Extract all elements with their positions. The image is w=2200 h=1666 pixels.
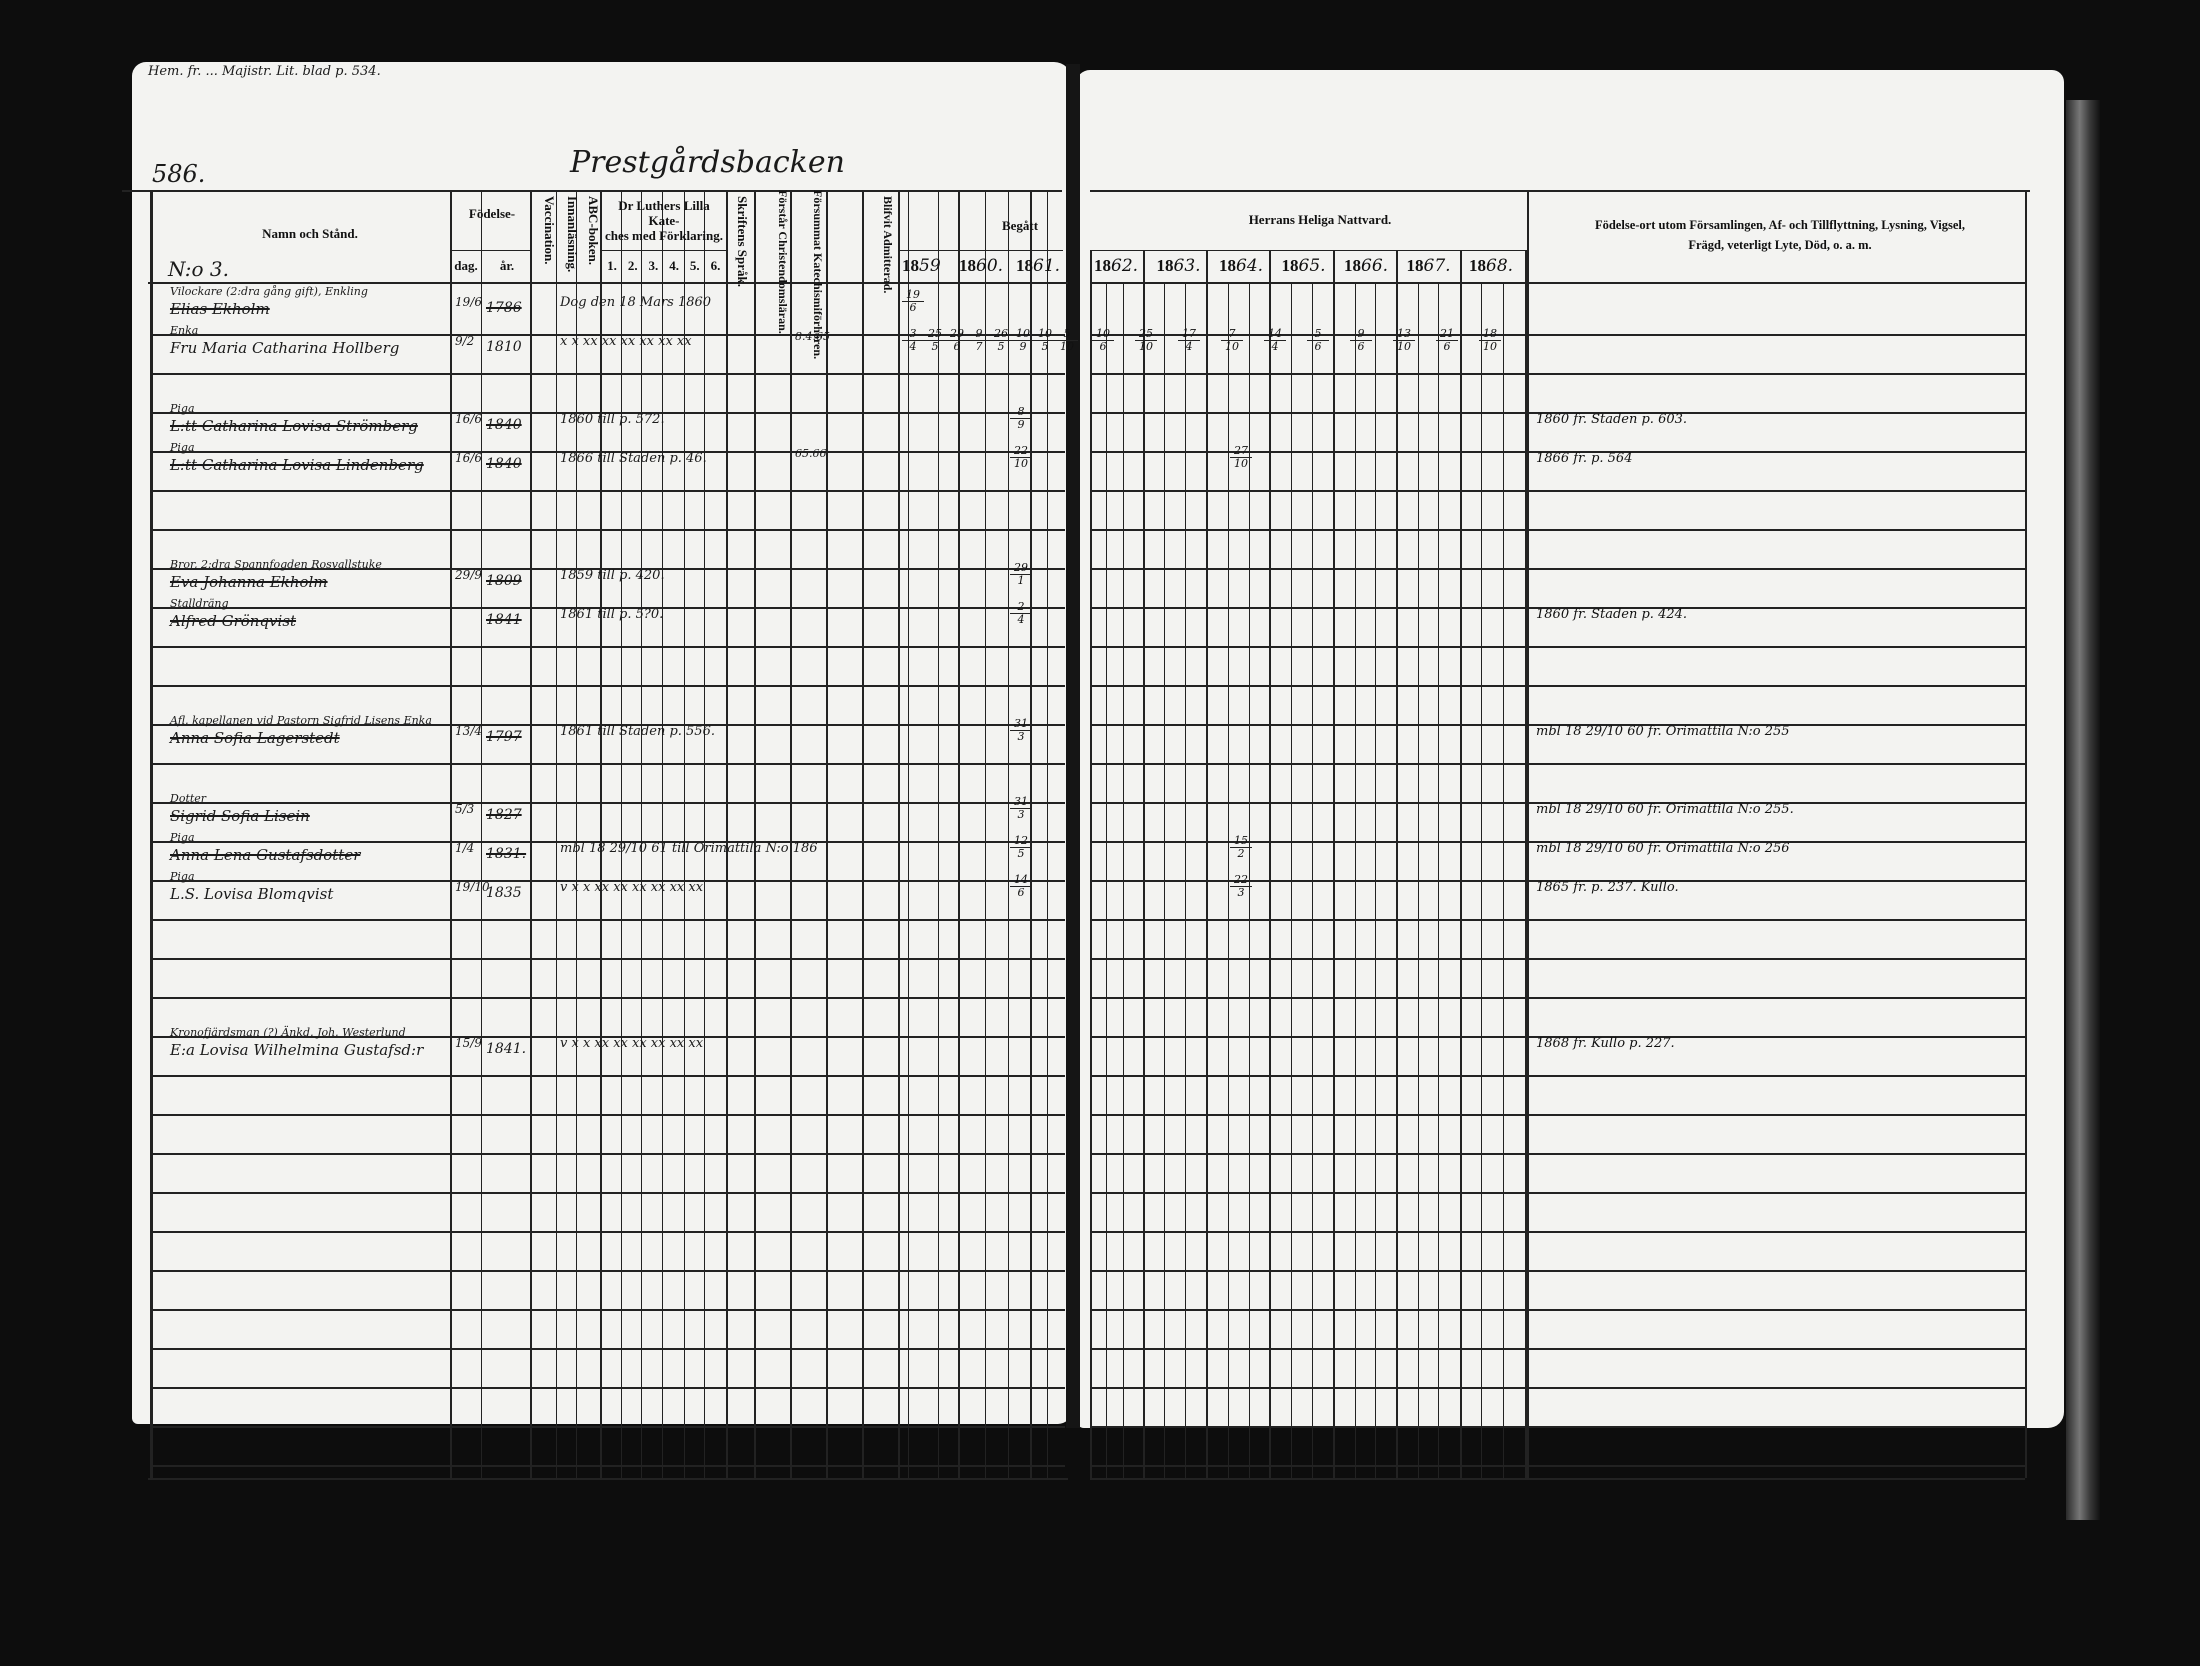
header-catechism-line1: Dr Luthers Lilla Kate- bbox=[618, 198, 710, 228]
page-number: 586. bbox=[152, 160, 205, 188]
row-rule bbox=[150, 1426, 1065, 1428]
entry-name: Anna Lena Gustafsdotter bbox=[170, 846, 360, 864]
row-rule bbox=[150, 529, 1065, 531]
row-rule bbox=[1090, 1309, 2025, 1311]
right-column-line bbox=[1333, 250, 1335, 1478]
entry-name: Fru Maria Catharina Hollberg bbox=[170, 339, 399, 357]
entry-label: N:o 3. bbox=[168, 257, 229, 281]
right-column-line bbox=[1396, 250, 1398, 1478]
remarks-left-line bbox=[1527, 190, 1529, 1478]
catechism-part-2: 2. bbox=[623, 258, 643, 273]
row-rule bbox=[1090, 1348, 2025, 1350]
row-rule bbox=[150, 1231, 1065, 1233]
row-rule bbox=[150, 1348, 1065, 1350]
entry-name: Elias Ekholm bbox=[170, 300, 270, 318]
entry-birth-day: 29/9 bbox=[455, 568, 482, 582]
entry-remark: mbl 18 29/10 60 fr. Orimattila N:o 255 bbox=[1536, 724, 1790, 739]
row-rule bbox=[1090, 373, 2025, 375]
left-column-line bbox=[862, 192, 864, 1480]
entry-birth-day: 16/6 bbox=[455, 412, 482, 426]
entry-name: Alfred Grönqvist bbox=[170, 612, 296, 630]
entry-birth-day: 13/4 bbox=[455, 724, 482, 738]
left-column-line bbox=[641, 192, 642, 1480]
communion-date: 510 bbox=[1056, 328, 1078, 353]
entry-birth-year: 1835 bbox=[486, 885, 522, 901]
row-rule bbox=[1090, 646, 2025, 648]
right-column-line bbox=[1143, 250, 1145, 1478]
row-rule bbox=[150, 997, 1065, 999]
entry-reading-note: v x x xx xx xx xx xx xx bbox=[560, 1036, 703, 1051]
communion-date: 146 bbox=[1010, 874, 1032, 899]
row-rule bbox=[150, 1270, 1065, 1272]
entry-reading-note: v x x xx xx xx xx xx xx bbox=[560, 880, 703, 895]
communion-date: 196 bbox=[902, 289, 924, 314]
communion-date: 144 bbox=[1264, 328, 1286, 353]
header-remarks-line1: Födelse-ort utom Församlingen, Af- och T… bbox=[1595, 218, 1965, 232]
row-rule bbox=[150, 490, 1065, 492]
row-rule bbox=[150, 1075, 1065, 1077]
entry-birth-year: 1810 bbox=[486, 339, 522, 355]
place-heading: Prestgårdsbacken bbox=[570, 145, 845, 180]
communion-date: 313 bbox=[1010, 718, 1032, 743]
communion-date: 710 bbox=[1221, 328, 1243, 353]
entry-title: Piga bbox=[170, 441, 195, 454]
row-rule bbox=[150, 919, 1065, 921]
left-column-line bbox=[958, 190, 960, 1478]
entry-birth-day: 19/6 bbox=[455, 295, 482, 309]
left-bottom-rule bbox=[148, 1478, 1068, 1480]
right-top-rule bbox=[1090, 190, 2030, 192]
entry-name: L.S. Lovisa Blomqvist bbox=[170, 885, 333, 903]
row-rule bbox=[1090, 763, 2025, 765]
header-vaccination: Vaccination. bbox=[542, 196, 556, 265]
communion-date: 105 bbox=[1034, 328, 1056, 353]
header-birth: Födelse- bbox=[452, 206, 532, 221]
entry-reading-note: Dog den 18 Mars 1860 bbox=[560, 295, 711, 310]
communion-date: 255 bbox=[924, 328, 946, 353]
entry-remark: mbl 18 29/10 60 fr. Orimattila N:o 256 bbox=[1536, 841, 1790, 856]
left-column-line bbox=[450, 192, 452, 1480]
communion-date: 174 bbox=[1178, 328, 1200, 353]
year-header: 1866. bbox=[1344, 256, 1388, 276]
left-header-rule bbox=[148, 282, 1068, 284]
row-rule bbox=[1090, 529, 2025, 531]
left-top-rule bbox=[122, 190, 1062, 192]
row-rule bbox=[150, 1153, 1065, 1155]
entry-remark: 1860 fr. Staden p. 424. bbox=[1536, 607, 1687, 622]
left-column-line bbox=[481, 192, 482, 1480]
right-bottom-rule bbox=[1090, 1478, 2025, 1480]
row-rule bbox=[150, 1465, 1065, 1467]
entry-birth-day: 5/3 bbox=[455, 802, 474, 816]
entry-birth-year: 1786 bbox=[486, 300, 522, 316]
communion-date: 24 bbox=[1010, 601, 1032, 626]
right-column-line bbox=[1206, 250, 1208, 1478]
row-rule bbox=[1090, 1114, 2025, 1116]
top-note: Hem. fr. ... Majistr. Lit. blad p. 534. bbox=[148, 64, 381, 79]
catechism-part-6: 6. bbox=[706, 258, 726, 273]
left-column-line bbox=[898, 190, 900, 1478]
row-rule bbox=[150, 1387, 1065, 1389]
header-abc: ABC-boken. bbox=[586, 196, 600, 265]
communion-date: 96 bbox=[1350, 328, 1372, 353]
entry-name: Anna Sofia Lagerstedt bbox=[170, 729, 340, 747]
entry-birth-year: 1840 bbox=[486, 417, 522, 433]
entry-name: Sigrid Sofia Lisein bbox=[170, 807, 310, 825]
left-column-line bbox=[1047, 190, 1048, 1478]
header-name: Namn och Stånd. bbox=[170, 226, 450, 241]
left-column-line bbox=[150, 190, 153, 1478]
entry-title: Afl. kapellanen vid Pastorn Sigfrid Lise… bbox=[170, 714, 432, 727]
row-rule bbox=[150, 685, 1065, 687]
header-remarks: Födelse-ort utom Församlingen, Af- och T… bbox=[1530, 215, 2030, 255]
year-header: 1864. bbox=[1219, 256, 1263, 276]
header-understands: Förstår Christendomsläran. bbox=[760, 190, 790, 334]
communion-date: 265 bbox=[990, 328, 1012, 353]
entry-reading-note: mbl 18 29/10 61 till Orimattila N:o 186 bbox=[560, 841, 818, 856]
row-rule bbox=[1090, 490, 2025, 492]
entry-missed: 8.4.65 bbox=[795, 330, 830, 343]
entry-title: Kronofjärdsman (?) Änkd. Joh. Westerlund bbox=[170, 1026, 406, 1039]
left-column-line bbox=[754, 192, 756, 1480]
catechism-part-1: 1. bbox=[602, 258, 622, 273]
row-rule bbox=[1090, 1153, 2025, 1155]
row-rule bbox=[1090, 1465, 2025, 1467]
row-rule bbox=[150, 1192, 1065, 1194]
entry-title: Stalldräng bbox=[170, 597, 229, 610]
entry-reading-note: 1866 till Staden p. 46. bbox=[560, 451, 707, 466]
entry-reading-note: 1861 till Staden p. 556. bbox=[560, 724, 715, 739]
year-header: 1859 bbox=[902, 256, 941, 276]
header-remarks-line2: Frägd, veterligt Lyte, Död, o. a. m. bbox=[1688, 238, 1871, 252]
communion-date: 291 bbox=[1010, 562, 1032, 587]
communion-date: 296 bbox=[946, 328, 968, 353]
year-header: 1863. bbox=[1157, 256, 1201, 276]
entry-birth-year: 1831. bbox=[486, 846, 526, 862]
communion-date: 2210 bbox=[1010, 445, 1032, 470]
entry-title: Dotter bbox=[170, 792, 206, 805]
entry-birth-day: 16/6 bbox=[455, 451, 482, 465]
row-rule bbox=[1090, 1270, 2025, 1272]
left-column-line bbox=[684, 192, 685, 1480]
communion-date: 2710 bbox=[1230, 445, 1252, 470]
left-column-line bbox=[704, 192, 705, 1480]
communion-date: 56 bbox=[1307, 328, 1329, 353]
entry-title: Vilockare (2:dra gång gift), Enkling bbox=[170, 285, 368, 298]
row-rule bbox=[1090, 1231, 2025, 1233]
entry-reading-note: 1861 till p. 5?0. bbox=[560, 607, 663, 622]
entry-remark: mbl 18 29/10 60 fr. Orimattila N:o 255. bbox=[1536, 802, 1794, 817]
row-rule bbox=[1090, 1075, 2025, 1077]
entry-name: L:tt Catharina Lovisa Strömberg bbox=[170, 417, 418, 435]
entry-remark: 1865 fr. p. 237. Kullo. bbox=[1536, 880, 1679, 895]
entry-reading-note: 1860 till p. 572. bbox=[560, 412, 665, 427]
entry-name: E:a Lovisa Wilhelmina Gustafsd:r bbox=[170, 1041, 423, 1059]
year-header: 1867. bbox=[1407, 256, 1451, 276]
communion-date: 97 bbox=[968, 328, 990, 353]
row-rule bbox=[150, 763, 1065, 765]
communion-date: 1810 bbox=[1479, 328, 1501, 353]
book-spine bbox=[1066, 64, 1080, 1428]
left-column-line bbox=[556, 192, 557, 1480]
row-rule bbox=[150, 1309, 1065, 1311]
catechism-subrule bbox=[600, 250, 726, 251]
entry-birth-day: 1/4 bbox=[455, 841, 474, 855]
communion-date: 313 bbox=[1010, 796, 1032, 821]
communion-date: 109 bbox=[1012, 328, 1034, 353]
entry-title: Piga bbox=[170, 402, 195, 415]
catechism-part-5: 5. bbox=[685, 258, 705, 273]
entry-missed: 65.66 bbox=[795, 447, 827, 460]
header-birth-year: år. bbox=[482, 258, 532, 273]
left-column-line bbox=[1030, 190, 1032, 1478]
row-rule bbox=[1090, 1192, 2025, 1194]
left-column-line bbox=[985, 190, 986, 1478]
header-begatt: Begått bbox=[990, 218, 1050, 233]
communion-date: 152 bbox=[1230, 835, 1252, 860]
communion-date: 106 bbox=[1092, 328, 1114, 353]
entry-remark: 1860 fr. Staden p. 603. bbox=[1536, 412, 1687, 427]
entry-name: L:tt Catharina Lovisa Lindenberg bbox=[170, 456, 424, 474]
communion-date: 34 bbox=[902, 328, 924, 353]
row-rule bbox=[150, 802, 1065, 804]
entry-birth-day: 9/2 bbox=[455, 334, 474, 348]
entry-title: Piga bbox=[170, 831, 195, 844]
header-scripture: Skriftens Språk. bbox=[735, 196, 749, 287]
left-column-line bbox=[826, 192, 828, 1480]
year-header: 1862. bbox=[1094, 256, 1138, 276]
communion-date: 125 bbox=[1010, 835, 1032, 860]
left-column-line bbox=[576, 192, 577, 1480]
row-rule bbox=[1090, 1426, 2025, 1428]
right-column-line bbox=[1269, 250, 1271, 1478]
entry-birth-day: 15/9 bbox=[455, 1036, 482, 1050]
entry-birth-year: 1809 bbox=[486, 573, 522, 589]
remarks-right-line bbox=[2025, 190, 2027, 1478]
header-admitted: Blifvit Admitterad. bbox=[865, 196, 895, 293]
entry-title: Piga bbox=[170, 870, 195, 883]
catechism-part-4: 4. bbox=[664, 258, 684, 273]
year-header: 1860. bbox=[959, 256, 1003, 276]
book-edge bbox=[2066, 100, 2100, 1520]
row-rule bbox=[150, 1114, 1065, 1116]
birth-subrule bbox=[450, 250, 532, 251]
right-header-rule bbox=[1090, 282, 2025, 284]
row-rule bbox=[150, 373, 1065, 375]
left-column-line bbox=[908, 190, 909, 1478]
communion-date: 223 bbox=[1230, 874, 1252, 899]
left-column-line bbox=[600, 192, 602, 1480]
entry-birth-year: 1827 bbox=[486, 807, 522, 823]
right-column-line bbox=[1460, 250, 1462, 1478]
row-rule bbox=[1090, 568, 2025, 570]
header-catechism-line2: ches med Förklaring. bbox=[605, 228, 723, 243]
entry-reading-note: 1859 till p. 420. bbox=[560, 568, 665, 583]
left-column-line bbox=[790, 192, 792, 1480]
year-header: 1868. bbox=[1469, 256, 1513, 276]
header-catechism: Dr Luthers Lilla Kate- ches med Förklari… bbox=[603, 198, 725, 243]
header-communion: Herrans Heliga Nattvard. bbox=[1110, 212, 1530, 227]
begatt-subrule bbox=[898, 250, 1063, 251]
entry-birth-day: 19/10 bbox=[455, 880, 490, 894]
left-column-line bbox=[938, 190, 939, 1478]
row-rule bbox=[150, 958, 1065, 960]
left-column-line bbox=[530, 192, 532, 1480]
entry-birth-year: 1841 bbox=[486, 612, 522, 628]
entry-birth-year: 1841. bbox=[486, 1041, 526, 1057]
year-header: 1865. bbox=[1282, 256, 1326, 276]
left-column-line bbox=[726, 192, 728, 1480]
right-column-line bbox=[1090, 250, 1092, 1478]
entry-remark: 1866 fr. p. 564 bbox=[1536, 451, 1632, 466]
header-reading: Innanläsning. bbox=[565, 196, 579, 272]
left-column-line bbox=[662, 192, 663, 1480]
row-rule bbox=[1090, 685, 2025, 687]
entry-title: Enka bbox=[170, 324, 198, 337]
entry-name: Eva Johanna Ekholm bbox=[170, 573, 328, 591]
row-rule bbox=[1090, 958, 2025, 960]
year-header: 1861. bbox=[1016, 256, 1060, 276]
entry-title: Bror, 2:dra Spannfogden Rosvallstuke bbox=[170, 558, 382, 571]
communion-date: 89 bbox=[1010, 406, 1032, 431]
row-rule bbox=[1090, 919, 2025, 921]
row-rule bbox=[150, 646, 1065, 648]
entry-remark: 1868 fr. Kullo p. 227. bbox=[1536, 1036, 1675, 1051]
communion-date: 216 bbox=[1436, 328, 1458, 353]
left-column-line bbox=[621, 192, 622, 1480]
header-birth-day: dag. bbox=[452, 258, 480, 273]
row-rule bbox=[1090, 1387, 2025, 1389]
communion-date: 2510 bbox=[1135, 328, 1157, 353]
entry-birth-year: 1797 bbox=[486, 729, 522, 745]
communion-date: 1310 bbox=[1393, 328, 1415, 353]
left-column-line bbox=[1008, 190, 1009, 1478]
catechism-part-3: 3. bbox=[643, 258, 663, 273]
entry-birth-year: 1840 bbox=[486, 456, 522, 472]
entry-reading-note: x x xx xx xx xx xx xx bbox=[560, 334, 692, 349]
row-rule bbox=[1090, 997, 2025, 999]
